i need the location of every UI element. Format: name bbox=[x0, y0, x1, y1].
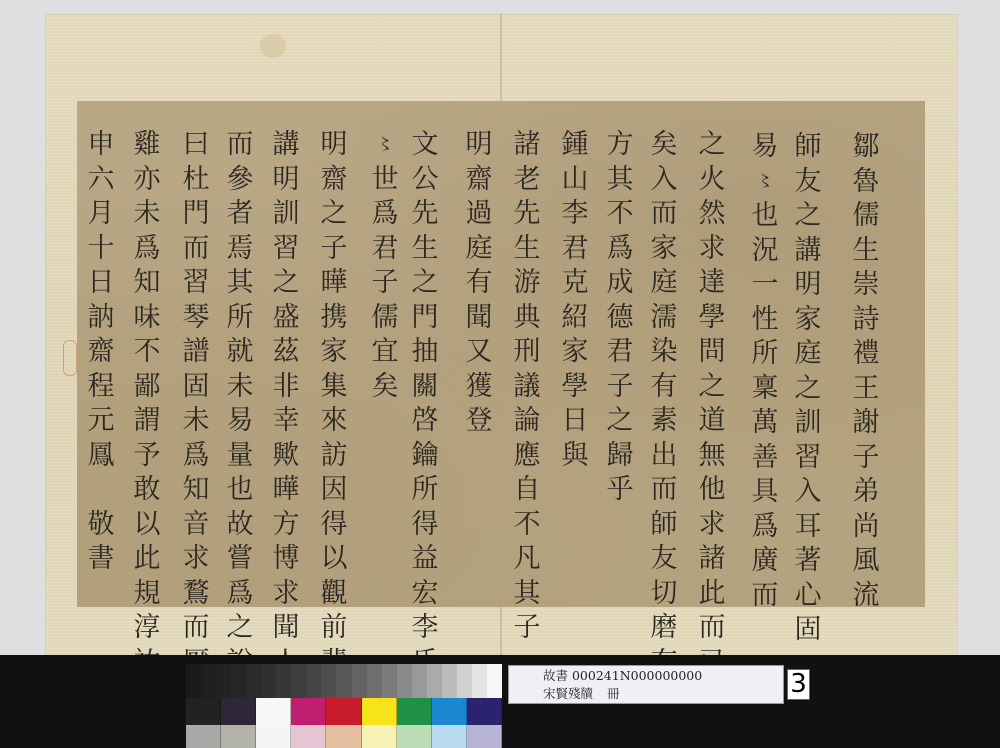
character: 程 bbox=[88, 370, 115, 405]
character: 明 bbox=[795, 268, 822, 303]
text-column-3: 易〻也況一性所稟萬善具爲廣而 bbox=[748, 130, 782, 613]
character: 鄙 bbox=[134, 370, 161, 405]
character: 鍾 bbox=[562, 128, 589, 163]
pastel-swatch-2 bbox=[221, 725, 256, 748]
gray-step-15 bbox=[397, 664, 412, 698]
character: 日 bbox=[562, 404, 589, 439]
gray-step-16 bbox=[412, 664, 427, 698]
character: 生 bbox=[514, 232, 541, 267]
character: 爲 bbox=[372, 197, 399, 232]
character: 之 bbox=[227, 611, 254, 646]
character: 具 bbox=[752, 475, 779, 510]
character: 門 bbox=[412, 301, 439, 336]
character: 六 bbox=[88, 163, 115, 198]
character: 學 bbox=[699, 301, 726, 336]
character: 明 bbox=[273, 163, 300, 198]
character: 聞 bbox=[466, 301, 493, 336]
character: 抽 bbox=[412, 335, 439, 370]
character: 益 bbox=[412, 542, 439, 577]
character: 元 bbox=[88, 404, 115, 439]
character: 諸 bbox=[699, 542, 726, 577]
color-swatch-3 bbox=[256, 698, 291, 725]
character: 家 bbox=[321, 335, 348, 370]
character: 求 bbox=[699, 232, 726, 267]
text-column-9: 明齋過庭有聞又獲登 bbox=[462, 128, 496, 439]
character: 而 bbox=[227, 128, 254, 163]
pastel-swatch-3 bbox=[256, 725, 291, 748]
grayscale-strip bbox=[186, 664, 502, 698]
character: 況 bbox=[752, 234, 779, 269]
character: 公 bbox=[412, 163, 439, 198]
character: 爲 bbox=[752, 510, 779, 545]
pastel-swatch-8 bbox=[432, 725, 467, 748]
character: 家 bbox=[795, 303, 822, 338]
character: 道 bbox=[699, 404, 726, 439]
character: 切 bbox=[651, 577, 678, 612]
character: 李 bbox=[562, 197, 589, 232]
character: 崇 bbox=[853, 268, 880, 303]
character: 門 bbox=[183, 197, 210, 232]
character: 弟 bbox=[853, 475, 880, 510]
gray-step-1 bbox=[186, 664, 201, 698]
character: 前 bbox=[321, 611, 348, 646]
character: 文 bbox=[412, 128, 439, 163]
character: 之 bbox=[699, 370, 726, 405]
character: 達 bbox=[699, 266, 726, 301]
character: 謝 bbox=[853, 406, 880, 441]
text-column-16: 雞亦未爲知味不鄙謂予敢以此規淳祐〻 bbox=[130, 128, 164, 715]
gray-step-19 bbox=[457, 664, 472, 698]
character: 而 bbox=[752, 579, 779, 614]
character: 老 bbox=[514, 163, 541, 198]
catalog-type: 冊 bbox=[607, 686, 620, 701]
character: 未 bbox=[134, 197, 161, 232]
character: 焉 bbox=[227, 232, 254, 267]
character: 不 bbox=[514, 508, 541, 543]
character: 參 bbox=[227, 163, 254, 198]
character: 自 bbox=[514, 473, 541, 508]
character: 無 bbox=[699, 439, 726, 474]
character: 廣 bbox=[752, 544, 779, 579]
character: 登 bbox=[466, 404, 493, 439]
character: 以 bbox=[321, 542, 348, 577]
character: 刑 bbox=[514, 335, 541, 370]
character: 關 bbox=[412, 370, 439, 405]
catalog-title: 宋賢殘牘 bbox=[543, 686, 593, 701]
character: 生 bbox=[853, 234, 880, 269]
character: 游 bbox=[514, 266, 541, 301]
text-column-12: 明齋之子曄携家集來訪因得以觀前輩 bbox=[317, 128, 351, 680]
text-column-13: 講明訓習之盛茲非幸歟曄方博求聞人 bbox=[269, 128, 303, 680]
character: 因 bbox=[321, 473, 348, 508]
character: 十 bbox=[88, 232, 115, 267]
character: 有 bbox=[466, 266, 493, 301]
character: 方 bbox=[607, 128, 634, 163]
character: 聞 bbox=[273, 611, 300, 646]
character: 凡 bbox=[514, 542, 541, 577]
character: 易 bbox=[227, 404, 254, 439]
character: 〻 bbox=[377, 128, 394, 163]
text-column-2: 師友之講明家庭之訓習入耳著心固 bbox=[791, 130, 825, 648]
character: 師 bbox=[651, 508, 678, 543]
character: 敬 bbox=[88, 508, 115, 543]
character: 儒 bbox=[853, 199, 880, 234]
character: 爲 bbox=[607, 232, 634, 267]
character: 曄 bbox=[321, 266, 348, 301]
character: 盛 bbox=[273, 301, 300, 336]
gray-step-10 bbox=[321, 664, 336, 698]
character: 歟 bbox=[273, 439, 300, 474]
character: 出 bbox=[651, 439, 678, 474]
color-swatch-4 bbox=[291, 698, 326, 725]
character: 味 bbox=[134, 301, 161, 336]
character: 之 bbox=[607, 404, 634, 439]
character: 茲 bbox=[273, 335, 300, 370]
character: 也 bbox=[752, 199, 779, 234]
character: 而 bbox=[699, 611, 726, 646]
gray-step-11 bbox=[336, 664, 351, 698]
pastel-swatch-9 bbox=[467, 725, 502, 748]
color-swatch-7 bbox=[397, 698, 432, 725]
text-column-14: 而參者焉其所就未易量也故嘗爲之說 bbox=[223, 128, 257, 680]
character: 謂 bbox=[134, 404, 161, 439]
gray-step-20 bbox=[472, 664, 487, 698]
gray-step-14 bbox=[382, 664, 397, 698]
character: 應 bbox=[514, 439, 541, 474]
color-swatch-8 bbox=[432, 698, 467, 725]
character: 然 bbox=[699, 197, 726, 232]
character: 典 bbox=[514, 301, 541, 336]
gray-step-13 bbox=[367, 664, 382, 698]
character: 問 bbox=[699, 335, 726, 370]
character: 家 bbox=[562, 335, 589, 370]
character: 乎 bbox=[607, 473, 634, 508]
character: 王 bbox=[853, 372, 880, 407]
character: 固 bbox=[795, 613, 822, 648]
character: 不 bbox=[134, 335, 161, 370]
color-calibration-chart bbox=[186, 664, 502, 748]
red-seal-mark bbox=[63, 340, 77, 376]
character: 火 bbox=[699, 163, 726, 198]
character: 有 bbox=[651, 370, 678, 405]
character: 淳 bbox=[134, 611, 161, 646]
character: 集 bbox=[321, 370, 348, 405]
character: 習 bbox=[273, 232, 300, 267]
catalog-label: 故書 000241N000000000 宋賢殘牘冊 bbox=[508, 665, 784, 704]
character: 儒 bbox=[372, 301, 399, 336]
character: 而 bbox=[183, 611, 210, 646]
character: 來 bbox=[321, 404, 348, 439]
character: 書 bbox=[88, 542, 115, 577]
character: 啓 bbox=[412, 404, 439, 439]
character: 濡 bbox=[651, 301, 678, 336]
character: 就 bbox=[227, 335, 254, 370]
character: 詩 bbox=[853, 303, 880, 338]
pastel-swatch-1 bbox=[186, 725, 221, 748]
text-column-4: 之火然求達學問之道無他求諸此而已 bbox=[695, 128, 729, 680]
text-column-6: 方其不爲成德君子之歸乎 bbox=[603, 128, 637, 508]
gray-step-8 bbox=[291, 664, 306, 698]
character: 此 bbox=[699, 577, 726, 612]
character: 子 bbox=[607, 370, 634, 405]
character: 鳳 bbox=[88, 439, 115, 474]
character: 爲 bbox=[134, 232, 161, 267]
character: 善 bbox=[752, 441, 779, 476]
character: 得 bbox=[412, 508, 439, 543]
gray-step-12 bbox=[352, 664, 367, 698]
pastel-swatch-4 bbox=[291, 725, 326, 748]
character: 求 bbox=[699, 508, 726, 543]
character: 訥 bbox=[88, 301, 115, 336]
character: 君 bbox=[372, 232, 399, 267]
character: 庭 bbox=[466, 232, 493, 267]
character: 爲 bbox=[183, 439, 210, 474]
pastel-swatch-6 bbox=[362, 725, 397, 748]
character: 一 bbox=[752, 268, 779, 303]
character: 學 bbox=[562, 370, 589, 405]
character: 鄒 bbox=[853, 130, 880, 165]
character: 歸 bbox=[607, 439, 634, 474]
character: 流 bbox=[853, 579, 880, 614]
character: 著 bbox=[795, 544, 822, 579]
color-swatch-9 bbox=[467, 698, 502, 725]
character: 易 bbox=[752, 130, 779, 165]
character: 曰 bbox=[183, 128, 210, 163]
character: 量 bbox=[227, 439, 254, 474]
character: 固 bbox=[183, 370, 210, 405]
character: 素 bbox=[651, 404, 678, 439]
character: 雞 bbox=[134, 128, 161, 163]
character: 杜 bbox=[183, 163, 210, 198]
character: 君 bbox=[562, 232, 589, 267]
text-column-7: 鍾山李君克紹家學日與 bbox=[558, 128, 592, 473]
character: 音 bbox=[183, 508, 210, 543]
character: 先 bbox=[412, 197, 439, 232]
character: 所 bbox=[412, 473, 439, 508]
character: 染 bbox=[651, 335, 678, 370]
character: 耳 bbox=[795, 510, 822, 545]
character: 入 bbox=[795, 475, 822, 510]
character: 矣 bbox=[651, 128, 678, 163]
gray-step-9 bbox=[306, 664, 321, 698]
character: 嘗 bbox=[227, 542, 254, 577]
character: 規 bbox=[134, 577, 161, 612]
character: 矣 bbox=[372, 370, 399, 405]
page-number-badge: 3 bbox=[787, 669, 810, 700]
text-column-15: 曰杜門而習琴譜固未爲知音求鶩而厭家 bbox=[179, 128, 213, 715]
character: 所 bbox=[752, 337, 779, 372]
character: 而 bbox=[183, 232, 210, 267]
character: 亦 bbox=[134, 163, 161, 198]
character: 而 bbox=[651, 473, 678, 508]
character: 予 bbox=[134, 439, 161, 474]
catalog-title-row: 宋賢殘牘冊 bbox=[543, 685, 783, 703]
character: 者 bbox=[227, 197, 254, 232]
character: 講 bbox=[273, 128, 300, 163]
character: 齋 bbox=[88, 335, 115, 370]
character: 習 bbox=[183, 266, 210, 301]
character: 禮 bbox=[853, 337, 880, 372]
character: 得 bbox=[321, 508, 348, 543]
character: 尚 bbox=[853, 510, 880, 545]
gray-step-2 bbox=[201, 664, 216, 698]
gray-step-21 bbox=[487, 664, 502, 698]
character: 月 bbox=[88, 197, 115, 232]
character: 庭 bbox=[795, 337, 822, 372]
color-swatch-row bbox=[186, 698, 502, 725]
pastel-swatch-5 bbox=[326, 725, 361, 748]
character: 明 bbox=[321, 128, 348, 163]
character: 磨 bbox=[651, 611, 678, 646]
character: 又 bbox=[466, 335, 493, 370]
character: 之 bbox=[795, 372, 822, 407]
character: 申 bbox=[88, 128, 115, 163]
character: 鶩 bbox=[183, 577, 210, 612]
character: 非 bbox=[273, 370, 300, 405]
character: 之 bbox=[273, 266, 300, 301]
catalog-number: 故書 000241N000000000 bbox=[543, 667, 783, 685]
character: 幸 bbox=[273, 404, 300, 439]
character: 其 bbox=[227, 266, 254, 301]
character: 世 bbox=[372, 163, 399, 198]
character: 成 bbox=[607, 266, 634, 301]
character bbox=[97, 473, 106, 508]
character: 德 bbox=[607, 301, 634, 336]
character: 鑰 bbox=[412, 439, 439, 474]
character: 子 bbox=[853, 441, 880, 476]
gray-step-4 bbox=[231, 664, 246, 698]
character: 師 bbox=[795, 130, 822, 165]
character: 友 bbox=[651, 542, 678, 577]
character: 獲 bbox=[466, 370, 493, 405]
character: 之 bbox=[321, 197, 348, 232]
character: 求 bbox=[183, 542, 210, 577]
character: 與 bbox=[562, 439, 589, 474]
character: 未 bbox=[183, 404, 210, 439]
color-swatch-1 bbox=[186, 698, 221, 725]
text-column-11: 〻世爲君子儒宜矣 bbox=[368, 128, 402, 404]
color-swatch-5 bbox=[326, 698, 361, 725]
character: 方 bbox=[273, 508, 300, 543]
color-swatch-2 bbox=[221, 698, 256, 725]
character: 知 bbox=[183, 473, 210, 508]
character: 敢 bbox=[134, 473, 161, 508]
character: 明 bbox=[466, 128, 493, 163]
character: 其 bbox=[607, 163, 634, 198]
character: 齋 bbox=[466, 163, 493, 198]
character: 宏 bbox=[412, 577, 439, 612]
character: 訓 bbox=[273, 197, 300, 232]
character: 紹 bbox=[562, 301, 589, 336]
character: 訪 bbox=[321, 439, 348, 474]
character: 過 bbox=[466, 197, 493, 232]
text-column-17: 申六月十日訥齋程元鳳 敬書 bbox=[84, 128, 118, 577]
character: 曄 bbox=[273, 473, 300, 508]
character: 議 bbox=[514, 370, 541, 405]
character: 子 bbox=[321, 232, 348, 267]
text-column-1: 鄒魯儒生崇詩禮王謝子弟尚風流 bbox=[849, 130, 883, 613]
character: 博 bbox=[273, 542, 300, 577]
character: 齋 bbox=[321, 163, 348, 198]
character: 譜 bbox=[183, 335, 210, 370]
character: 未 bbox=[227, 370, 254, 405]
character: 知 bbox=[134, 266, 161, 301]
character: 入 bbox=[651, 163, 678, 198]
character: 琴 bbox=[183, 301, 210, 336]
gray-step-6 bbox=[261, 664, 276, 698]
character: 之 bbox=[795, 199, 822, 234]
character: 稟 bbox=[752, 372, 779, 407]
character: 風 bbox=[853, 544, 880, 579]
paper-stain bbox=[260, 34, 286, 58]
character: 以 bbox=[134, 508, 161, 543]
character: 家 bbox=[651, 232, 678, 267]
character: 子 bbox=[514, 611, 541, 646]
character: 先 bbox=[514, 197, 541, 232]
character: 〻 bbox=[757, 165, 774, 200]
character: 性 bbox=[752, 303, 779, 338]
character: 心 bbox=[795, 579, 822, 614]
character: 魯 bbox=[853, 165, 880, 200]
character: 携 bbox=[321, 301, 348, 336]
character: 生 bbox=[412, 232, 439, 267]
character: 諸 bbox=[514, 128, 541, 163]
text-column-10: 文公先生之門抽關啓鑰所得益宏李氏 bbox=[408, 128, 442, 680]
character: 克 bbox=[562, 266, 589, 301]
character: 子 bbox=[372, 266, 399, 301]
character: 所 bbox=[227, 301, 254, 336]
character: 習 bbox=[795, 441, 822, 476]
gray-step-3 bbox=[216, 664, 231, 698]
text-column-5: 矣入而家庭濡染有素出而師友切磨有 bbox=[647, 128, 681, 680]
character: 訓 bbox=[795, 406, 822, 441]
text-column-8: 諸老先生游典刑議論應自不凡其子 bbox=[510, 128, 544, 646]
gray-step-7 bbox=[276, 664, 291, 698]
character: 庭 bbox=[651, 266, 678, 301]
character: 其 bbox=[514, 577, 541, 612]
calligraphy-document: 鄒魯儒生崇詩禮王謝子弟尚風流師友之講明家庭之訓習入耳著心固易〻也況一性所稟萬善具… bbox=[77, 101, 925, 607]
character: 李 bbox=[412, 611, 439, 646]
character: 也 bbox=[227, 473, 254, 508]
character: 君 bbox=[607, 335, 634, 370]
character: 之 bbox=[699, 128, 726, 163]
gray-step-17 bbox=[427, 664, 442, 698]
gray-step-18 bbox=[442, 664, 457, 698]
character: 他 bbox=[699, 473, 726, 508]
pastel-swatch-row bbox=[186, 725, 502, 748]
character: 此 bbox=[134, 542, 161, 577]
character: 萬 bbox=[752, 406, 779, 441]
character: 講 bbox=[795, 234, 822, 269]
character: 山 bbox=[562, 163, 589, 198]
character: 求 bbox=[273, 577, 300, 612]
gray-step-5 bbox=[246, 664, 261, 698]
character: 而 bbox=[651, 197, 678, 232]
character: 故 bbox=[227, 508, 254, 543]
character: 日 bbox=[88, 266, 115, 301]
color-swatch-6 bbox=[362, 698, 397, 725]
character: 論 bbox=[514, 404, 541, 439]
character: 宜 bbox=[372, 335, 399, 370]
character: 友 bbox=[795, 165, 822, 200]
character: 不 bbox=[607, 197, 634, 232]
character: 觀 bbox=[321, 577, 348, 612]
character: 之 bbox=[412, 266, 439, 301]
pastel-swatch-7 bbox=[397, 725, 432, 748]
character: 爲 bbox=[227, 577, 254, 612]
